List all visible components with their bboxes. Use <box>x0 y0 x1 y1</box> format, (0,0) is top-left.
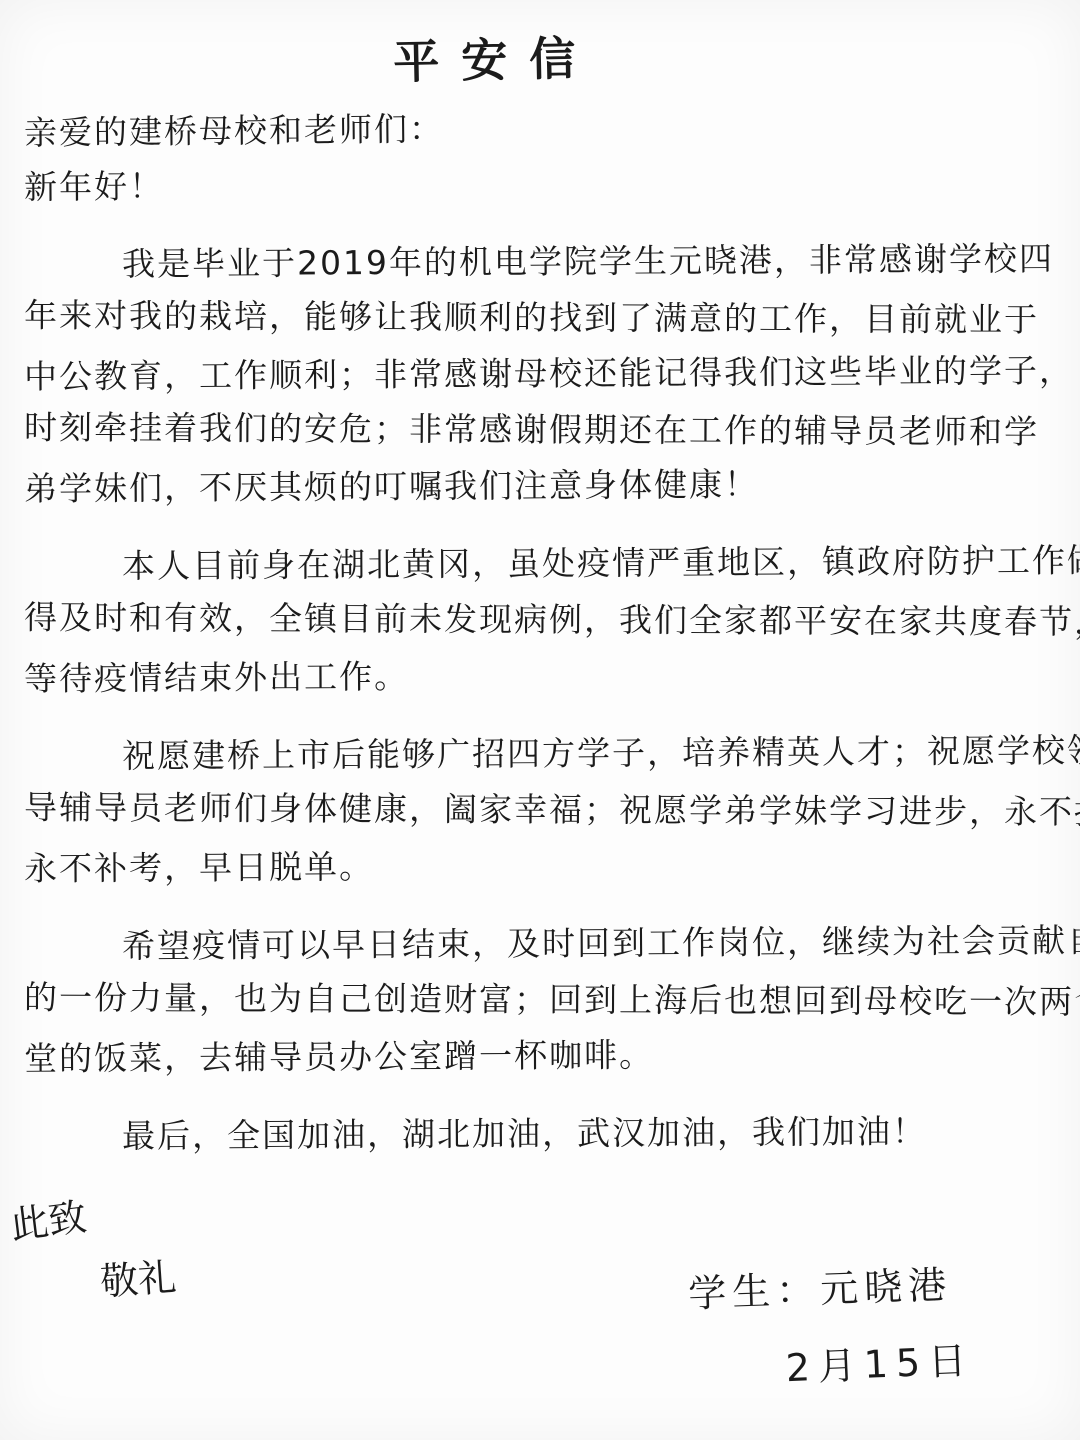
closing-cizhi: 此致 <box>0 1180 133 1250</box>
paragraph-4-line: 希望疫情可以早日结束，及时回到工作岗位，继续为社会贡献自己 <box>0 913 1080 976</box>
letter-title: 平安信 <box>0 0 991 100</box>
paragraph-1-line: 弟学妹们，不厌其烦的叮嘱我们注意身体健康！ <box>0 455 1080 518</box>
paragraph-1-line: 年来对我的栽培，能够让我顺利的找到了满意的工作，目前就业于 <box>0 288 1080 349</box>
paragraph-1: 我是毕业于2019年的机电学院学生元晓港，非常感谢学校四 年来对我的栽培，能够让… <box>0 234 1080 514</box>
paragraph-3-line: 永不补考，早日脱单。 <box>0 835 1080 898</box>
paragraph-2-line: 得及时和有效，全镇目前未发现病例，我们全家都平安在家共度春节， <box>0 590 1080 651</box>
paragraph-1-line: 时刻牵挂着我们的安危；非常感谢假期还在工作的辅导员老师和学 <box>0 400 1080 461</box>
paragraph-2: 本人目前身在湖北黄冈，虽处疫情严重地区，镇政府防护工作做 得及时和有效，全镇目前… <box>0 536 1080 704</box>
paragraph-1-line: 中公教育，工作顺利；非常感谢母校还能记得我们这些毕业的学子， <box>0 343 1080 406</box>
paragraph-4-line: 的一份力量，也为自己创造财富；回到上海后也想回到母校吃一次两食 <box>0 970 1080 1031</box>
letter-page: 平安信 亲爱的建桥母校和老师们： 新年好！ 我是毕业于2019年的机电学院学生元… <box>0 0 1080 1440</box>
signature-date: 2月15日 <box>687 1324 1080 1396</box>
greeting: 新年好！ <box>0 152 1080 216</box>
paragraph-4: 希望疫情可以早日结束，及时回到工作岗位，继续为社会贡献自己 的一份力量，也为自己… <box>0 916 1080 1084</box>
paragraph-4-line: 堂的饭菜，去辅导员办公室蹭一杯咖啡。 <box>0 1025 1080 1088</box>
paragraph-3: 祝愿建桥上市后能够广招四方学子，培养精英人才；祝愿学校领 导辅导员老师们身体健康… <box>0 726 1080 894</box>
paragraph-3-line: 祝愿建桥上市后能够广招四方学子，培养精英人才；祝愿学校领 <box>0 723 1080 786</box>
paragraph-1-line: 我是毕业于2019年的机电学院学生元晓港，非常感谢学校四 <box>0 231 1080 294</box>
paragraph-2-line: 本人目前身在湖北黄冈，虽处疫情严重地区，镇政府防护工作做 <box>0 533 1080 596</box>
paragraph-5: 最后，全国加油，湖北加油，武汉加油，我们加油！ <box>0 1106 1080 1162</box>
salutation: 亲爱的建桥母校和老师们： <box>0 94 1080 161</box>
paragraph-5-line: 最后，全国加油，湖北加油，武汉加油，我们加油！ <box>0 1103 1080 1166</box>
signature-name: 元晓港 <box>819 1263 952 1312</box>
paragraph-2-line: 等待疫情结束外出工作。 <box>0 645 1080 708</box>
closing-jingli: 敬礼 <box>0 1240 262 1313</box>
signature-line: 学生：元晓港 <box>687 1249 1080 1318</box>
signature-label: 学生： <box>687 1267 820 1316</box>
paragraph-3-line: 导辅导员老师们身体健康，阖家幸福；祝愿学弟学妹学习进步，永不挂科， <box>0 780 1080 841</box>
signature-block: 学生：元晓港 2月15日 <box>688 1256 1080 1388</box>
